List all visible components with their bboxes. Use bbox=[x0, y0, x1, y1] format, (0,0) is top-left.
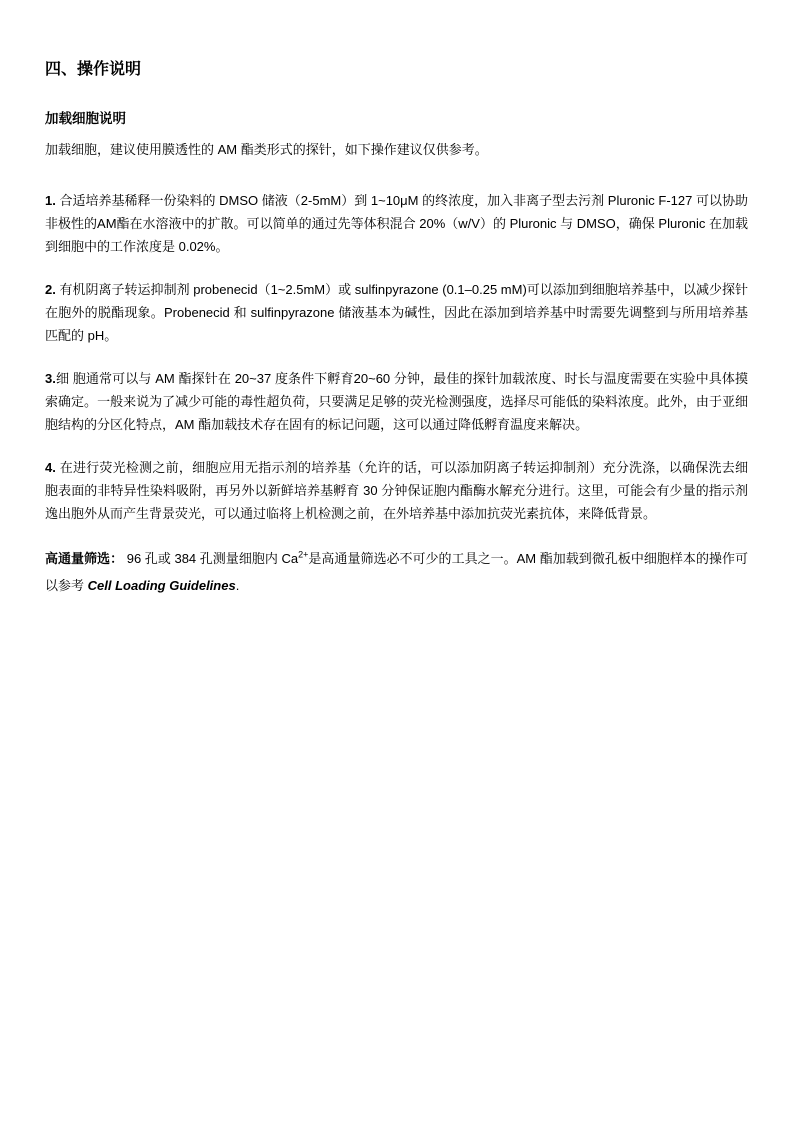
step-2-number: 2. bbox=[45, 282, 56, 297]
high-throughput-text-before-sup: 96 孔或 384 孔测量细胞内 Ca bbox=[123, 551, 298, 566]
step-2-text: 有机阴离子转运抑制剂 probenecid（1~2.5mM）或 sulfinpy… bbox=[45, 282, 748, 343]
step-paragraph-1: 1. 合适培养基稀释一份染料的 DMSO 储液（2-5mM）到 1~10μM 的… bbox=[45, 189, 748, 258]
step-3-number: 3. bbox=[45, 371, 56, 386]
step-3-text: 细 胞通常可以与 AM 酯探针在 20~37 度条件下孵育20~60 分钟，最佳… bbox=[45, 371, 748, 432]
subsection-heading: 加载细胞说明 bbox=[45, 110, 748, 128]
step-4-number: 4. bbox=[45, 460, 56, 475]
high-throughput-label: 高通量筛选： bbox=[45, 551, 123, 566]
step-paragraph-2: 2. 有机阴离子转运抑制剂 probenecid（1~2.5mM）或 sulfi… bbox=[45, 278, 748, 347]
calcium-superscript: 2+ bbox=[298, 550, 308, 560]
cell-loading-guidelines-reference: Cell Loading Guidelines bbox=[88, 578, 236, 593]
step-4-text: 在进行荧光检测之前，细胞应用无指示剂的培养基（允许的话，可以添加阴离子转运抑制剂… bbox=[45, 460, 748, 521]
step-paragraph-3: 3.细 胞通常可以与 AM 酯探针在 20~37 度条件下孵育20~60 分钟，… bbox=[45, 367, 748, 436]
high-throughput-period: . bbox=[236, 578, 240, 593]
step-1-text: 合适培养基稀释一份染料的 DMSO 储液（2-5mM）到 1~10μM 的终浓度… bbox=[45, 193, 748, 254]
step-paragraph-4: 4. 在进行荧光检测之前，细胞应用无指示剂的培养基（允许的话，可以添加阴离子转运… bbox=[45, 456, 748, 525]
section-title: 四、操作说明 bbox=[45, 60, 748, 80]
step-1-number: 1. bbox=[45, 193, 56, 208]
intro-paragraph: 加载细胞，建议使用膜透性的 AM 酯类形式的探针，如下操作建议仅供参考。 bbox=[45, 138, 748, 161]
document-page: 四、操作说明 加载细胞说明 加载细胞，建议使用膜透性的 AM 酯类形式的探针，如… bbox=[0, 0, 794, 1123]
high-throughput-paragraph: 高通量筛选： 96 孔或 384 孔测量细胞内 Ca2+是高通量筛选必不可少的工… bbox=[45, 545, 748, 599]
